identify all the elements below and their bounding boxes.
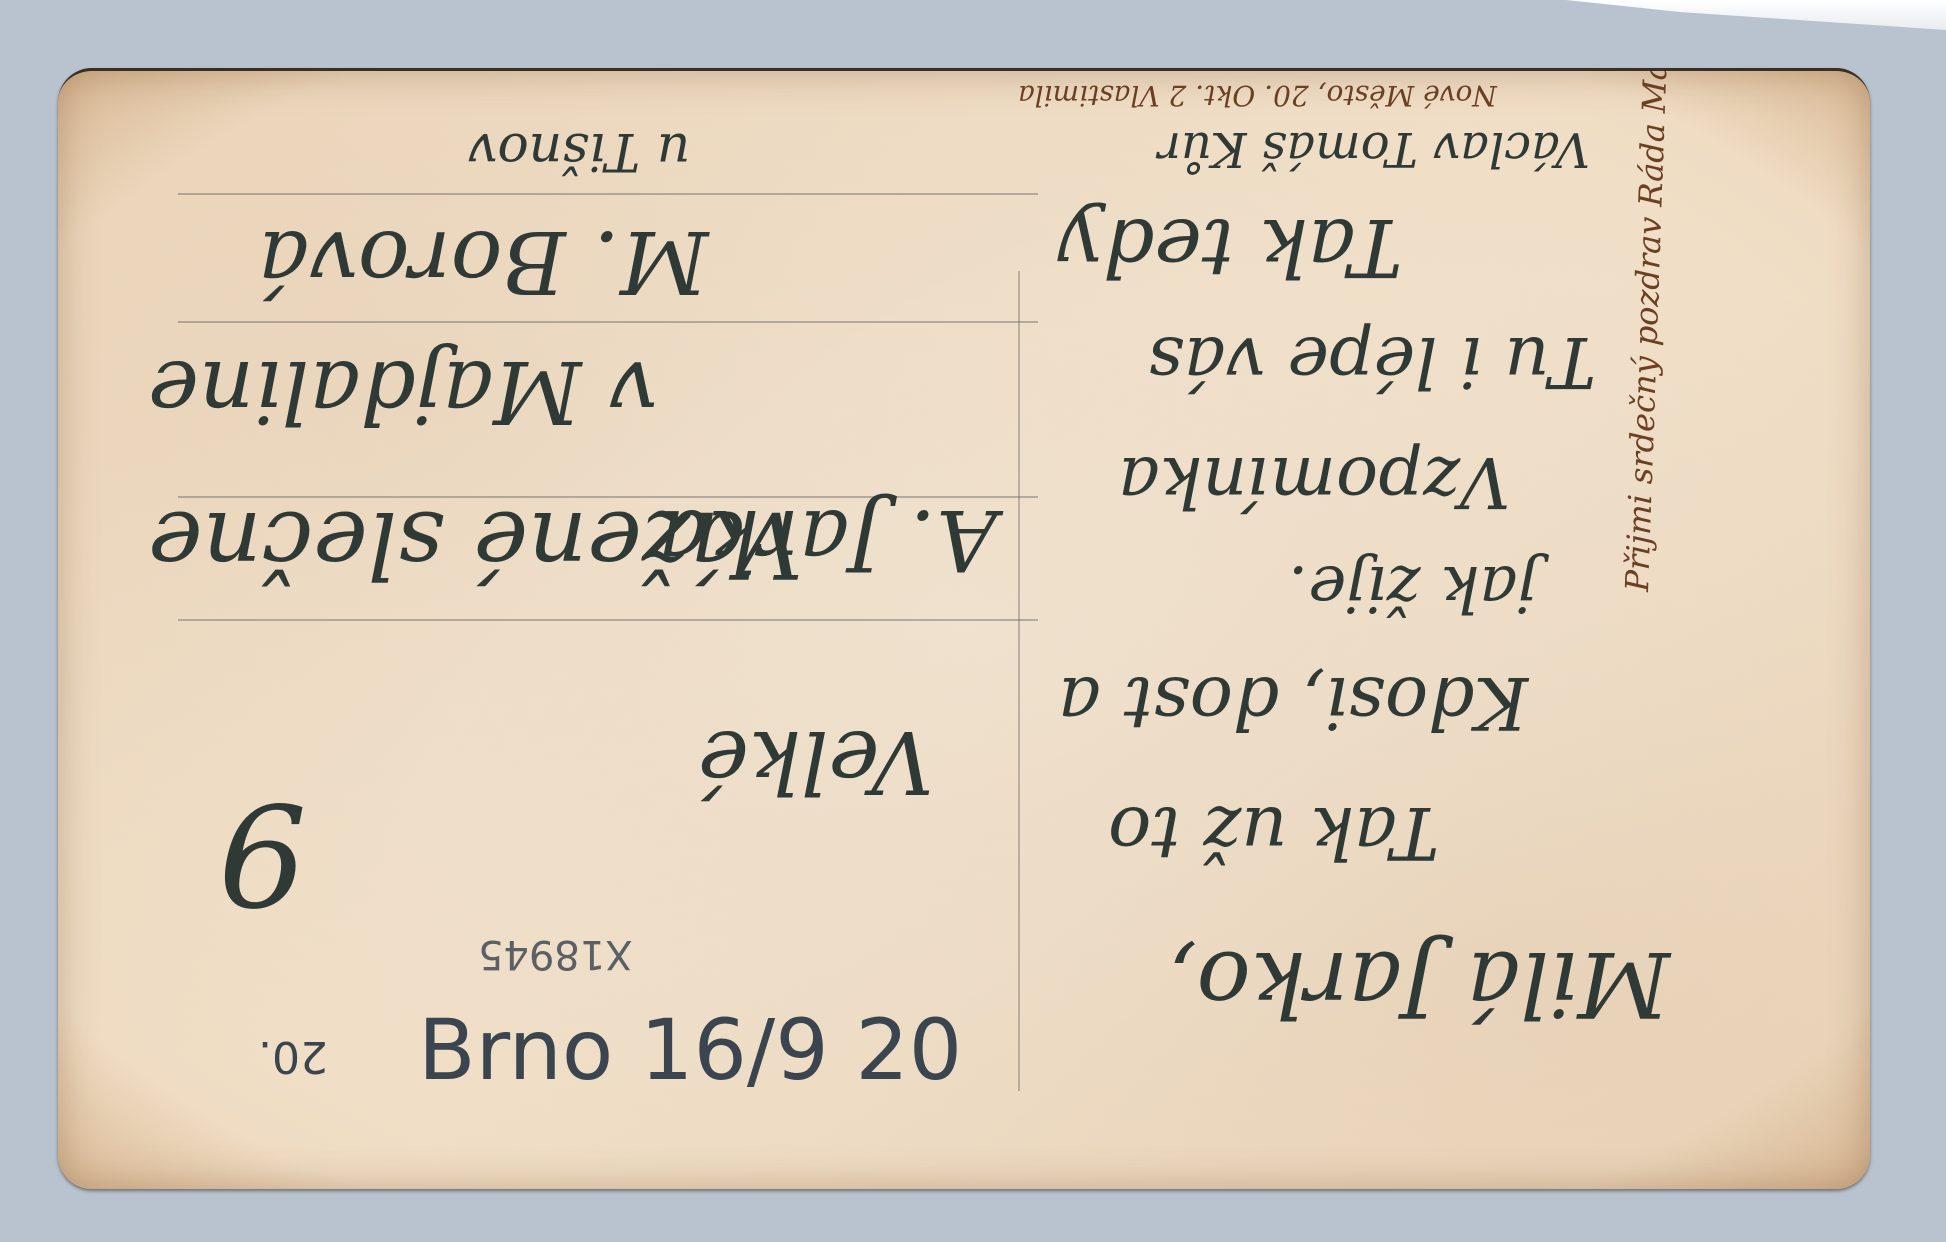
postcard: u Tišnov M. Borová v Majdaline Vážené sl… xyxy=(58,68,1870,1189)
message-line: jak žije. xyxy=(1288,551,1537,625)
address-rule xyxy=(178,193,1038,195)
address-line: Velké xyxy=(698,711,934,811)
pencil-mark: 20. xyxy=(258,1031,328,1082)
address-rule xyxy=(178,321,1038,323)
message-line: Tak tedy xyxy=(1058,201,1403,294)
address-line: 9 xyxy=(218,771,307,934)
side-brown-note: Přijmi srdečný pozdrav Ráda Martinková xyxy=(1618,68,1679,592)
address-line: u Tišnov xyxy=(468,121,690,181)
address-line: v Majdaline xyxy=(148,341,658,441)
message-line: Kdosi, dost a xyxy=(1058,661,1528,745)
address-line: A. Jarka xyxy=(658,491,997,589)
message-line: Václav Tomáš Kůr xyxy=(1158,121,1590,177)
address-line: M. Borová xyxy=(258,211,708,311)
background-highlight xyxy=(1566,0,1946,30)
pencil-date: Brno 16/9 20 xyxy=(418,1001,962,1099)
message-line: Tak už to xyxy=(1108,791,1439,875)
message-line: Milá Jarko, xyxy=(1168,931,1670,1036)
message-line: Vzpomínka xyxy=(1118,441,1510,523)
message-line: Tu i lépe vás xyxy=(1148,321,1596,403)
top-brown-note: Nové Město, 20. Okt. 2 Vlastimila xyxy=(1018,79,1497,112)
catalog-number: X18945 xyxy=(478,931,633,977)
center-divider xyxy=(1018,271,1020,1091)
address-rule xyxy=(178,619,1038,621)
